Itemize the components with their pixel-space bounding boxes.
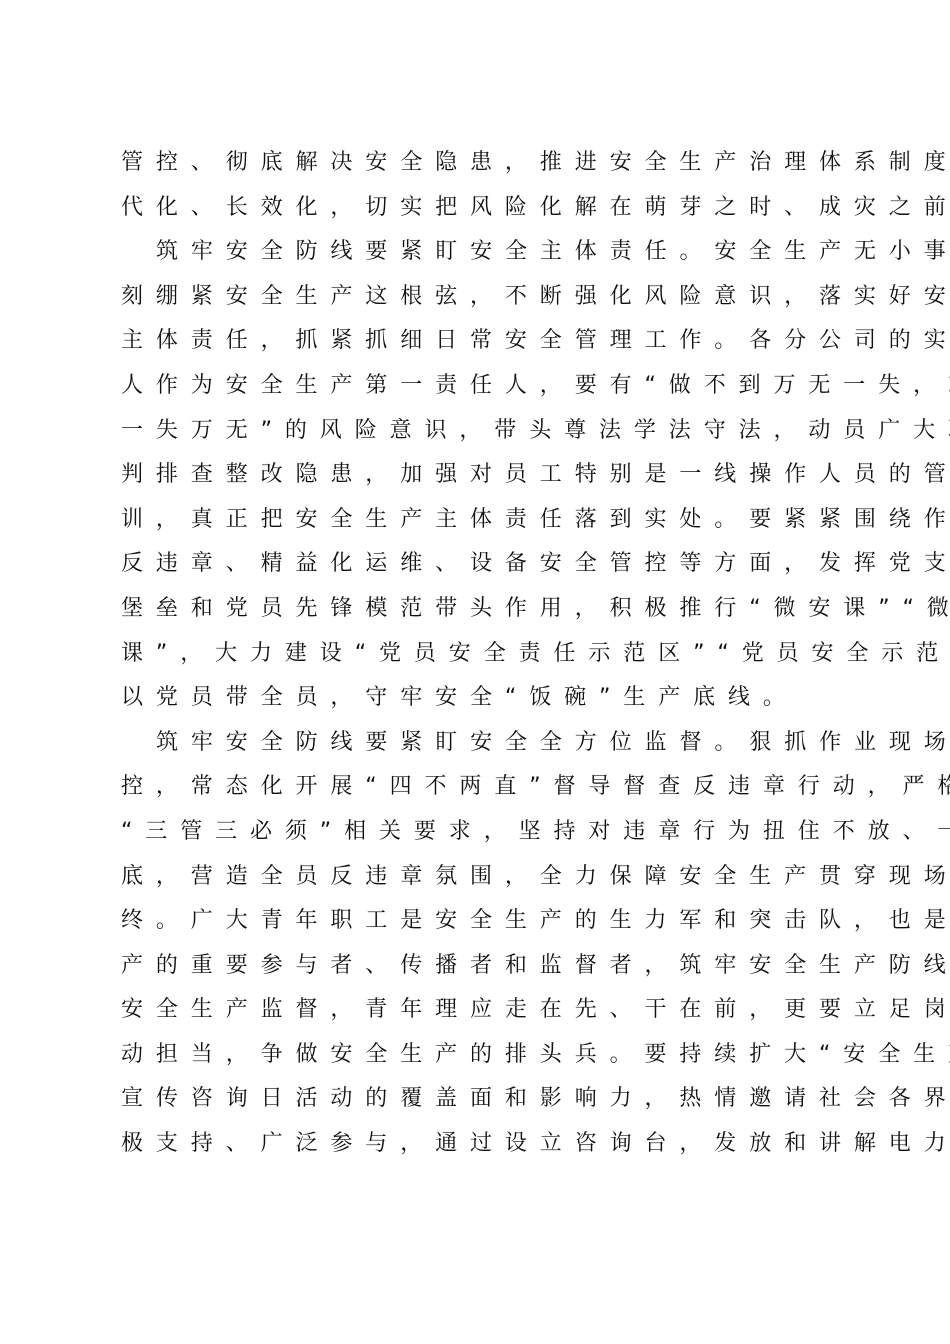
text-line: 代化、长效化，切实把风险化解在萌芽之时、成灾之前。 [121,186,821,231]
text-line: 刻绷紧安全生产这根弦，不断强化风险意识，落实好安全生产 [121,275,821,320]
text-line: 动担当，争做安全生产的排头兵。要持续扩大“安全生产月” [121,1033,821,1078]
text-line: 一失万无”的风险意识，带头尊法学法守法，动员广大职工研 [121,409,821,454]
text-line: 控，常态化开展“四不两直”督导督查反违章行动，严格落实 [121,765,821,810]
body-text: 管控、彻底解决安全隐患，推进安全生产治理体系制度化、现 代化、长效化，切实把风险… [121,141,821,1167]
paragraph-continuation: 管控、彻底解决安全隐患，推进安全生产治理体系制度化、现 代化、长效化，切实把风险… [121,141,821,230]
text-line-first: 筑牢安全防线要紧盯安全全方位监督。狠抓作业现场安全管 [121,721,821,766]
text-line: 安全生产监督，青年理应走在先、干在前，更要立足岗位、主 [121,988,821,1033]
text-line: 底，营造全员反违章氛围，全力保障安全生产贯穿现场工作始 [121,855,821,900]
text-line: 宣传咨询日活动的覆盖面和影响力，热情邀请社会各界群众积 [121,1077,821,1122]
paragraph-comprehensive-supervision: 筑牢安全防线要紧盯安全全方位监督。狠抓作业现场安全管 控，常态化开展“四不两直”… [121,721,821,1167]
text-line: “三管三必须”相关要求，坚持对违章行为扭住不放、一抓到 [121,810,821,855]
text-line: 判排查整改隐患，加强对员工特别是一线操作人员的管理和培 [121,453,821,498]
text-line: 极支持、广泛参与，通过设立咨询台，发放和讲解电力安全知 [121,1122,821,1167]
text-line: 主体责任，抓紧抓细日常安全管理工作。各分公司的实际负责 [121,319,821,364]
text-line: 产的重要参与者、传播者和监督者，筑牢安全生产防线，参与 [121,944,821,989]
text-line: 以党员带全员，守牢安全“饭碗”生产底线。 [121,676,821,721]
text-line: 堡垒和党员先锋模范带头作用，积极推行“微安课”“微党 [121,587,821,632]
text-line: 反违章、精益化运维、设备安全管控等方面，发挥党支部战斗 [121,542,821,587]
document-page: 管控、彻底解决安全隐患，推进安全生产治理体系制度化、现 代化、长效化，切实把风险… [0,0,950,1344]
text-line: 终。广大青年职工是安全生产的生力军和突击队，也是安全生 [121,899,821,944]
text-line: 管控、彻底解决安全隐患，推进安全生产治理体系制度化、现 [121,141,821,186]
text-line: 课”，大力建设“党员安全责任示范区”“党员安全示范岗”， [121,632,821,677]
text-line: 人作为安全生产第一责任人，要有“做不到万无一失，就可能 [121,364,821,409]
text-line: 训，真正把安全生产主体责任落到实处。要紧紧围绕作业现场 [121,498,821,543]
paragraph-subject-responsibility: 筑牢安全防线要紧盯安全主体责任。安全生产无小事，要时 刻绷紧安全生产这根弦，不断… [121,230,821,721]
text-line-first: 筑牢安全防线要紧盯安全主体责任。安全生产无小事，要时 [121,230,821,275]
